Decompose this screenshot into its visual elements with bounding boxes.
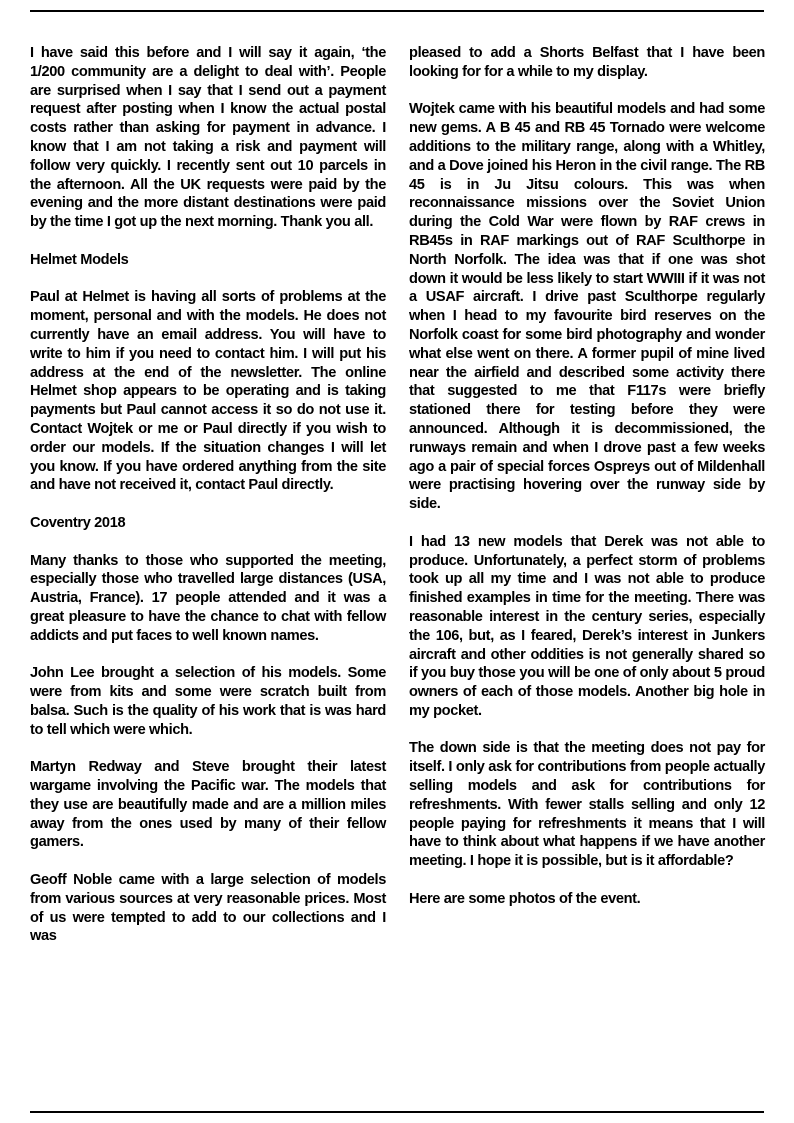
paragraph-helmet-problems: Paul at Helmet is having all sorts of pr… [30, 288, 386, 495]
top-rule [30, 10, 764, 12]
section-heading-coventry-2018: Coventry 2018 [30, 514, 386, 533]
section-heading-helmet-models: Helmet Models [30, 251, 386, 270]
paragraph-photos-intro: Here are some photos of the event. [409, 890, 765, 909]
paragraph-geoff-noble: Geoff Noble came with a large selection … [30, 871, 386, 946]
paragraph-martyn-redway: Martyn Redway and Steve brought their la… [30, 758, 386, 852]
newsletter-page: I have said this before and I will say i… [0, 0, 794, 1123]
bottom-rule [30, 1111, 764, 1113]
page-content: I have said this before and I will say i… [30, 44, 766, 965]
right-column: pleased to add a Shorts Belfast that I h… [409, 44, 765, 965]
left-column: I have said this before and I will say i… [30, 44, 386, 965]
paragraph-meeting-costs: The down side is that the meeting does n… [409, 739, 765, 871]
paragraph-john-lee: John Lee brought a selection of his mode… [30, 664, 386, 739]
paragraph-new-models: I had 13 new models that Derek was not a… [409, 533, 765, 721]
paragraph-meeting-thanks: Many thanks to those who supported the m… [30, 552, 386, 646]
paragraph-community-thanks: I have said this before and I will say i… [30, 44, 386, 232]
paragraph-wojtek-models: Wojtek came with his beautiful models an… [409, 100, 765, 514]
paragraph-shorts-belfast: pleased to add a Shorts Belfast that I h… [409, 44, 765, 82]
